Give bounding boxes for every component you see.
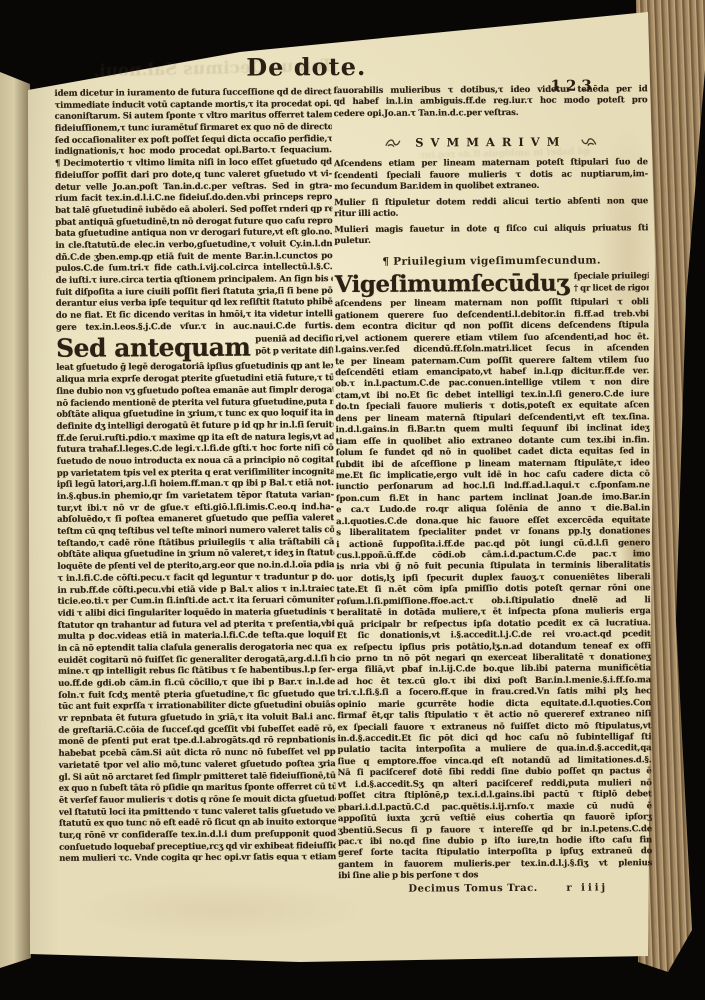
book-photograph: Tomus Decimus Sal.noui. qd habef in ambi… <box>0 0 705 1000</box>
summarium-item: 3 Mulieri magis fauetur in dote q fiſco … <box>334 223 648 248</box>
summarium-item-text: Mulier ſi ſtipuletur dotem reddi alicui … <box>334 196 648 221</box>
text-line: ritur illi actio. <box>334 207 648 220</box>
text-line: pōt p veritate diſtingui an va- <box>255 346 336 359</box>
summarium-item: 2 Mulier ſi ſtipuletur dotem reddi alicu… <box>334 196 648 221</box>
summarium-list: 1 Aſcendens etiam per lineam maternam po… <box>334 158 649 248</box>
chapter-side-text: ſpeciale priuilegiuʒ eſt† qr licet de ri… <box>574 270 653 293</box>
text-line: ſcendenti ſpeciali fauore mulieris τ dot… <box>334 169 648 182</box>
volume-catchword: Decimus Tomus Trac. <box>408 883 537 895</box>
text-line: pueniā ad deciſioneʒ caſus nri <box>255 334 336 347</box>
right-body-paragraph: aſcendens per lineam maternam non poſſit… <box>335 298 653 883</box>
text-line: qd habef in.l.in ambiguis.ff.de reg.iur.… <box>334 96 648 109</box>
text-line: τ in.l.fi.C.de cōſti.pecu.τ facit qd leg… <box>57 572 334 585</box>
fleuron-right-icon <box>580 136 596 146</box>
chapter-big-word: Vigeſimumſecūduʒ <box>335 271 569 298</box>
text-line: ſine dubio non vʒ gſuetudo poſtea emanāe… <box>56 385 333 398</box>
right-text-column: fauorabilis mulieribus τ dotibus,τ ideo … <box>333 84 652 897</box>
page-footer-row: Decimus Tomus Trac. r iiij <box>338 882 652 897</box>
heading-side-text: pueniā ad deciſioneʒ caſus nripōt p veri… <box>255 334 336 358</box>
left-paragraph-1: idem dicetur in iuramento de futura ſucc… <box>54 87 332 334</box>
left-paragraph-2: leat gſuetudo ḡ legē derogatoriā ipſius … <box>56 362 336 866</box>
text-line: gere tex.in.l.eos.§.j.C.de vſur.τ in auc… <box>56 321 333 334</box>
fleuron-left-icon <box>385 138 401 148</box>
text-line: mo ſecundum Bar.idem in quolibet extrane… <box>334 180 648 193</box>
section-heading-sed-antequam: Sed antequam <box>56 335 250 362</box>
privilege-chapter-heading: ¶ Priuilegium vigeſimumſecundum. <box>335 255 649 270</box>
page-content: Tomus Decimus Sal.noui. qd habef in ambi… <box>0 0 705 1000</box>
summarium-heading-row: SVMMARIVM <box>334 134 648 151</box>
right-intro-paragraph: fauorabilis mulieribus τ dotibus,τ ideo … <box>333 84 647 120</box>
text-line: varietatē tpor vel alio mō,tunc valeret … <box>59 759 336 772</box>
text-line: ſpeciale priuilegiuʒ eſt <box>574 270 653 282</box>
text-line: Mulier ſi ſtipuletur dotem reddi alicui … <box>334 196 648 209</box>
chapter-opening-block: Vigeſimumſecūduʒ ſpeciale priuilegiuʒ eſ… <box>335 271 649 299</box>
text-line: fideiuſſor poſſit dari pro dote,q tunc v… <box>55 169 332 182</box>
text-line: Mulieri magis fauetur in dote q fiſco cu… <box>334 223 648 236</box>
summarium-heading: SVMMARIVM <box>415 134 566 149</box>
quire-signature: r iiij <box>566 882 608 893</box>
text-line: cedere opi.Jo.an.τ Tan.in.d.c.per veſtra… <box>334 107 648 120</box>
left-text-column: idem dicetur in iuramento de futura ſucc… <box>54 87 336 866</box>
running-header: De dote. <box>246 52 366 82</box>
summarium-item-text: Aſcendens etiam per lineam maternam pote… <box>334 158 648 194</box>
text-line: puletur. <box>334 234 648 247</box>
section-heading-block: Sed antequam pueniā ad deciſioneʒ caſus … <box>56 335 333 363</box>
text-line: ibi ſine alie p bis perſone τ dos <box>338 869 652 882</box>
summarium-item: 1 Aſcendens etiam per lineam maternam po… <box>334 158 648 194</box>
text-line: gantem in fauorem mulieris.per tex.in.d.… <box>338 858 652 871</box>
text-line: nem mulieri τc. Vnde cogita qr hec opi.v… <box>59 852 336 865</box>
text-line: † qr licet de rigore in <box>574 282 653 294</box>
summarium-item-text: Mulieri magis fauetur in dote q fiſco cu… <box>334 223 648 248</box>
